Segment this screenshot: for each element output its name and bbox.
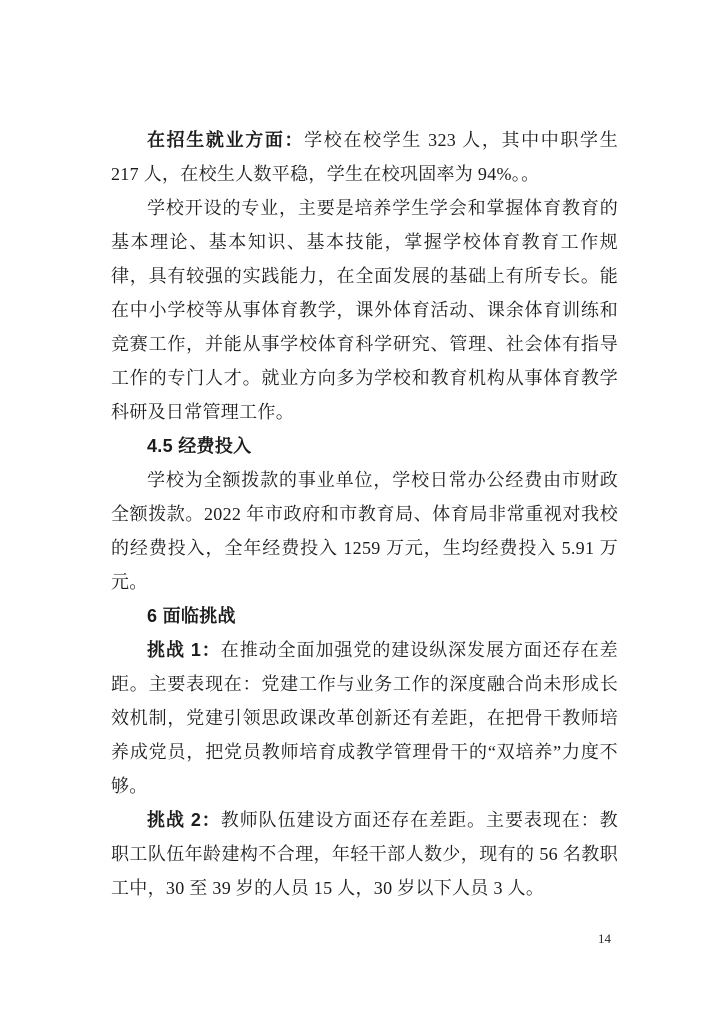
document-body: 在招生就业方面：学校在校学生 323 人，其中中职学生 217 人，在校生人数平…: [111, 123, 618, 905]
page-number: 14: [598, 931, 611, 947]
paragraph-enrollment-lead: 在招生就业方面：: [147, 130, 304, 150]
heading-funding: 4.5 经费投入: [111, 429, 618, 463]
paragraph-majors: 学校开设的专业，主要是培养学生学会和掌握体育教育的基本理论、基本知识、基本技能，…: [111, 191, 618, 429]
paragraph-challenge2: 挑战 2：教师队伍建设方面还存在差距。主要表现在：教职工队伍年龄建构不合理，年轻…: [111, 803, 618, 905]
paragraph-funding: 学校为全额拨款的事业单位，学校日常办公经费由市财政全额拨款。2022 年市政府和…: [111, 463, 618, 599]
paragraph-enrollment: 在招生就业方面：学校在校学生 323 人，其中中职学生 217 人，在校生人数平…: [111, 123, 618, 191]
paragraph-challenge2-lead: 挑战 2：: [147, 810, 221, 830]
paragraph-challenge1-lead: 挑战 1：: [147, 640, 221, 660]
heading-challenges: 6 面临挑战: [111, 599, 618, 633]
document-page: 在招生就业方面：学校在校学生 323 人，其中中职学生 217 人，在校生人数平…: [0, 0, 724, 1024]
paragraph-challenge1: 挑战 1：在推动全面加强党的建设纵深发展方面还存在差距。主要表现在：党建工作与业…: [111, 633, 618, 803]
paragraph-challenge1-text: 在推动全面加强党的建设纵深发展方面还存在差距。主要表现在：党建工作与业务工作的深…: [111, 640, 618, 796]
